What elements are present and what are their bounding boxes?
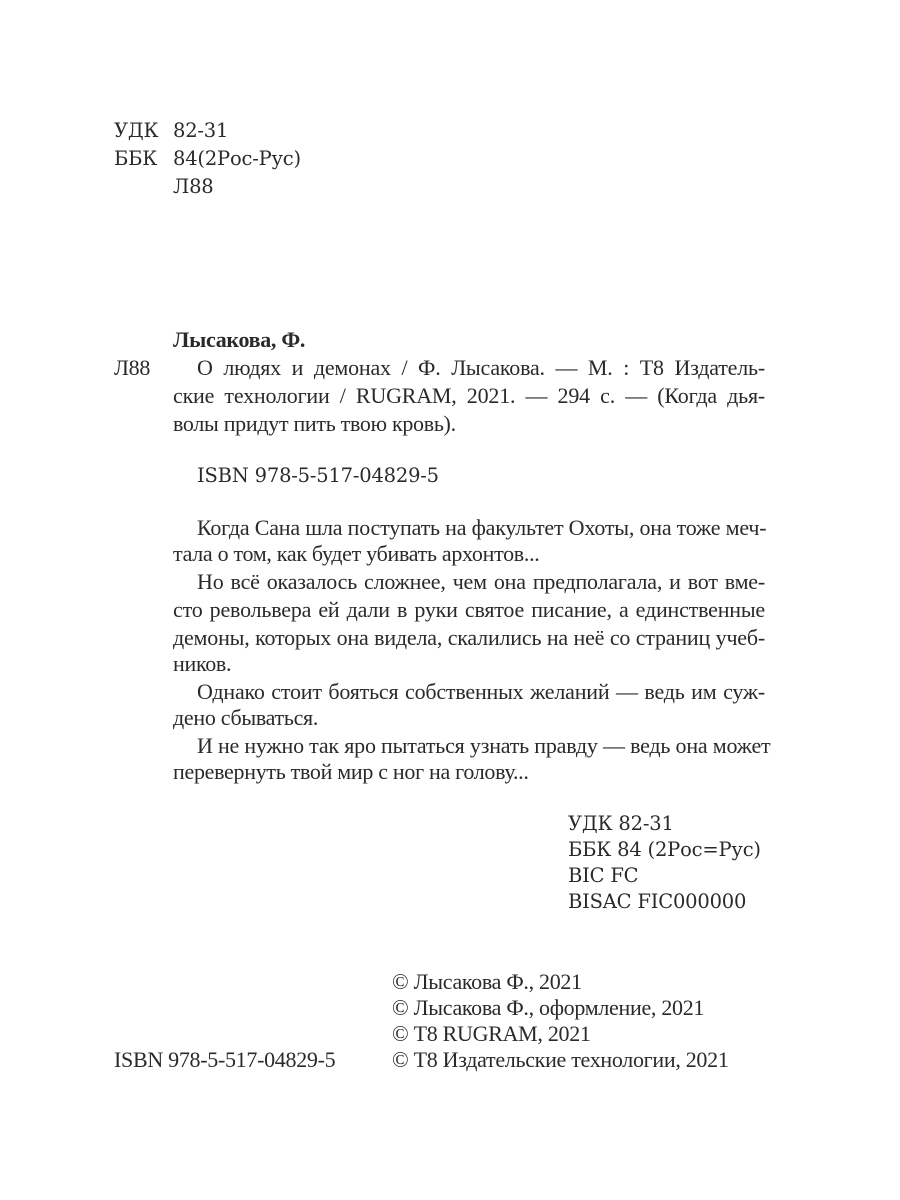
author-mark-top: Л88 [173, 174, 214, 200]
annotation-line: Но всё оказалось сложнее, чем она предпо… [197, 569, 765, 595]
isbn-record: ISBN 978-5-517-04829-5 [197, 463, 439, 489]
annotation-line: тала о том, как будет убивать архонтов..… [173, 541, 540, 567]
description-line: О людях и демонах / Ф. Лысакова. — М. : … [197, 355, 765, 381]
description-line: ские технологии / RUGRAM, 2021. — 294 с.… [173, 383, 765, 409]
annotation-line: дено сбываться. [173, 705, 318, 731]
bbk-label: ББК [114, 146, 157, 172]
annotation-line: демоны, которых она видела, скалились на… [173, 625, 765, 651]
isbn-bottom: ISBN 978-5-517-04829-5 [114, 1047, 335, 1073]
bbk-value: 84(2Рос-Рус) [173, 146, 301, 172]
classification-line: УДК 82-31 [568, 811, 674, 837]
copyright-line: © Т8 Издательские технологии, 2021 [392, 1047, 729, 1073]
classification-line: BISAC FIC000000 [568, 889, 746, 915]
annotation-line: перевернуть твой мир с ног на голову... [173, 759, 529, 785]
annotation-line: сто револьвера ей дали в руки святое пис… [173, 597, 765, 623]
copyright-line: © Т8 RUGRAM, 2021 [392, 1021, 591, 1047]
copyright-line: © Лысакова Ф., 2021 [392, 969, 582, 995]
udk-value: 82-31 [173, 118, 228, 144]
classification-line: ББК 84 (2Рос=Рус) [568, 837, 761, 863]
author-heading: Лысакова, Ф. [173, 327, 305, 353]
annotation-line: Когда Сана шла поступать на факультет Ох… [197, 515, 765, 541]
classification-line: BIC FC [568, 863, 638, 889]
copyright-line: © Лысакова Ф., оформление, 2021 [392, 995, 704, 1021]
author-mark: Л88 [114, 355, 150, 381]
udk-label: УДК [114, 118, 158, 144]
annotation-line: ников. [173, 651, 231, 677]
annotation-line: Однако стоит бояться собственных желаний… [197, 679, 765, 705]
description-line: волы придут пить твою кровь). [173, 411, 456, 437]
annotation-line: И не нужно так яро пытаться узнать правд… [197, 733, 765, 759]
